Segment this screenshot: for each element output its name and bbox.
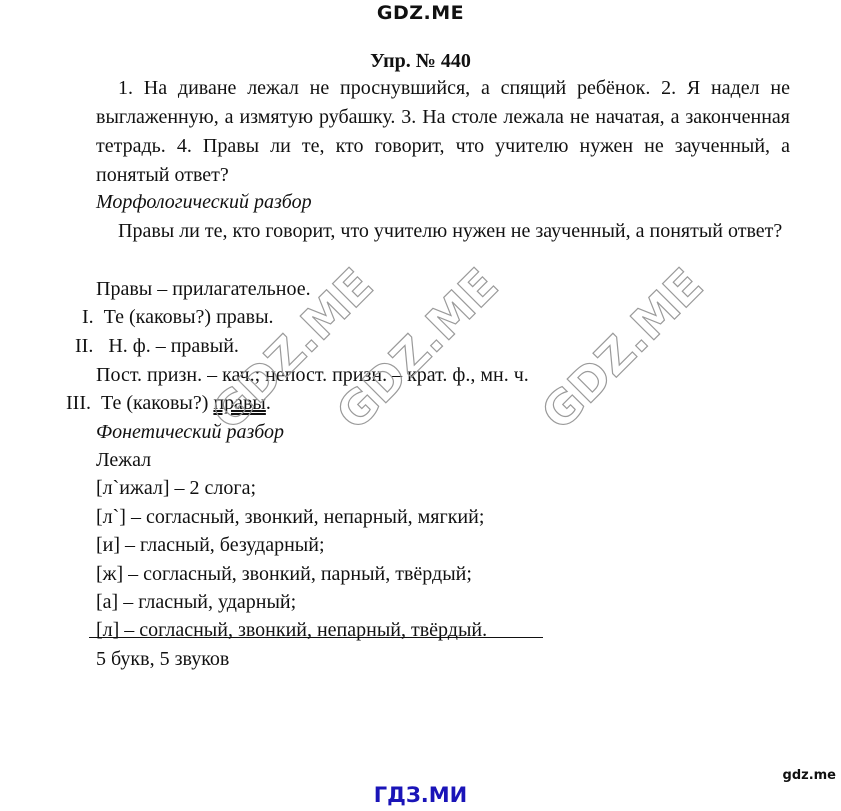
step-number: III.: [66, 392, 91, 414]
watermark: GDZ.ME: [531, 258, 713, 440]
exercise-text: 1. На диване лежал не проснувшийся, а сп…: [96, 74, 790, 190]
footer-site-link[interactable]: gdz.me: [783, 768, 836, 783]
morphology-step-3: III. Те (каковы?) правы.: [66, 389, 271, 417]
divider-line: [89, 637, 543, 638]
morphology-step-2: II. Н. ф. – правый.: [75, 332, 239, 360]
phonetics-word: Лежал: [96, 446, 151, 474]
step-text-suffix: .: [266, 392, 271, 414]
morphology-heading: Морфологический разбор: [96, 188, 312, 216]
phonetics-sound: [и] – гласный, безударный;: [96, 531, 325, 559]
morphology-features: Пост. призн. – кач.; непост. призн. – кр…: [96, 361, 529, 389]
underlined-predicate: правы: [213, 392, 265, 414]
morphology-step-1: I. Те (каковы?) правы.: [82, 303, 274, 331]
exercise-title: Упр. № 440: [0, 50, 841, 73]
phonetics-sound: [а] – гласный, ударный;: [96, 588, 296, 616]
phonetics-sound: [л`] – согласный, звонкий, непарный, мяг…: [96, 503, 484, 531]
step-number: II.: [75, 335, 93, 357]
morphology-sentence: Правы ли те, кто говорит, что учителю ну…: [96, 217, 790, 246]
step-text: Те (каковы?) правы.: [104, 306, 274, 328]
phonetics-sound: [л] – согласный, звонкий, непарный, твёр…: [96, 616, 487, 644]
document-page: Упр. № 440 1. На диване лежал не проснув…: [0, 0, 841, 811]
morphology-part-of-speech: Правы – прилагательное.: [96, 275, 311, 303]
phonetics-heading: Фонетический разбор: [96, 418, 284, 446]
phonetics-sound: [ж] – согласный, звонкий, парный, твёрды…: [96, 560, 472, 588]
step-text: Н. ф. – правый.: [108, 335, 239, 357]
phonetics-transcription: [л`ижал] – 2 слога;: [96, 474, 256, 502]
phonetics-summary: 5 букв, 5 звуков: [96, 645, 229, 673]
watermark: GDZ.ME: [326, 258, 508, 440]
step-text-prefix: Те (каковы?): [101, 392, 213, 414]
footer-brand-link[interactable]: ГДЗ.МИ: [0, 783, 841, 807]
step-number: I.: [82, 306, 94, 328]
